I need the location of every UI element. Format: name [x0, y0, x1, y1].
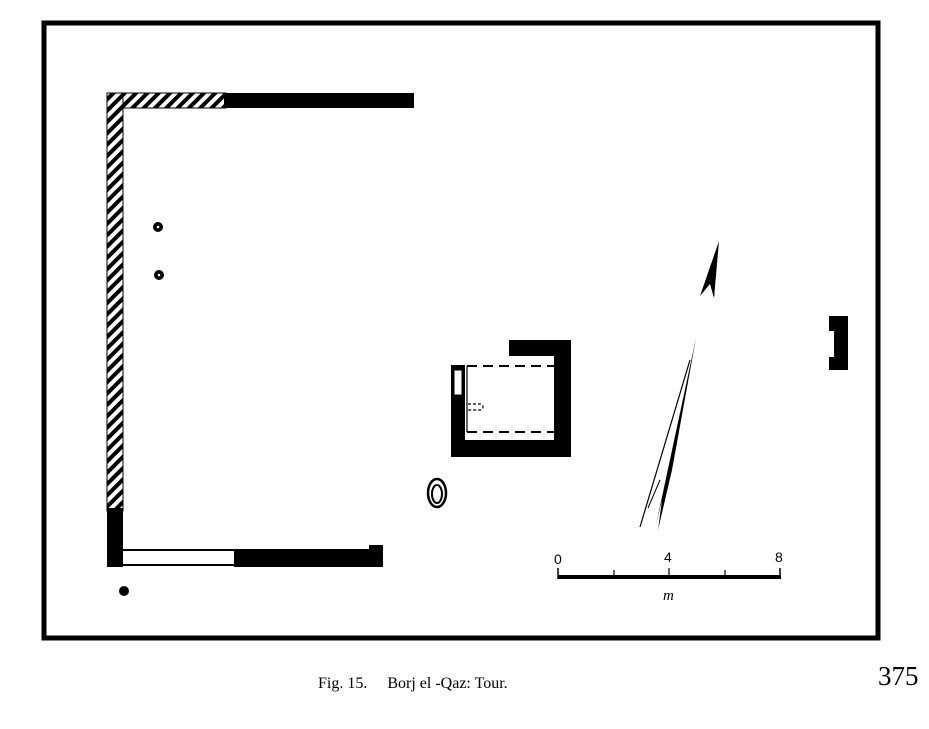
- scale-bar: 0 4 8 m: [554, 549, 783, 604]
- doorway-opening: [122, 550, 238, 565]
- scale-tick-label: 8: [775, 549, 783, 565]
- north-arrow-icon: [640, 241, 719, 530]
- scale-unit-label: m: [663, 588, 674, 604]
- scale-tick-label: 0: [554, 551, 562, 567]
- figure-number: Fig. 15.: [318, 675, 367, 692]
- west-wall-hatched: [107, 93, 123, 511]
- figure-caption: Fig. 15.Borj el -Qaz: Tour.: [318, 675, 508, 693]
- oval-well: [428, 479, 446, 507]
- site-plan: 0 4 8 m: [0, 0, 929, 729]
- tower-niche: [454, 370, 462, 395]
- main-enclosure: [107, 93, 414, 567]
- north-wall-hatched: [108, 93, 226, 108]
- post-hole: [119, 586, 129, 596]
- central-tower: [451, 340, 571, 457]
- scale-tick-label: 4: [664, 549, 672, 565]
- north-wall-solid: [224, 93, 414, 108]
- outer-frame: [44, 23, 878, 638]
- isolated-wall-fragment: [829, 316, 848, 370]
- south-wall-solid: [234, 549, 383, 567]
- west-wall-solid: [107, 508, 123, 567]
- post-holes: [119, 222, 164, 596]
- south-wall-pier: [369, 545, 383, 553]
- figure-title: Borj el -Qaz: Tour.: [387, 675, 507, 692]
- page-number: 375: [878, 661, 919, 692]
